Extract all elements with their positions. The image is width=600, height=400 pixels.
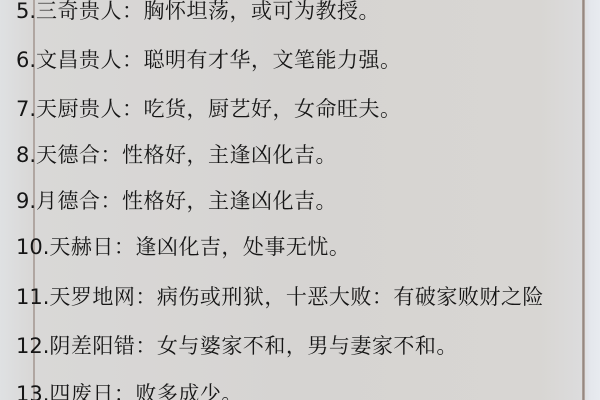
item-number: 11.	[16, 285, 49, 309]
item-number: 9.	[16, 189, 36, 213]
item-number: 10.	[16, 235, 49, 259]
item-text: 天赫日：逢凶化吉，处事无忧。	[49, 235, 350, 259]
list-item: 13.四废日：败多成少。	[16, 381, 243, 400]
item-text: 文昌贵人：聪明有才华，文笔能力强。	[36, 48, 402, 72]
item-text: 天罗地网：病伤或刑狱，十恶大败：有破家败财之险	[49, 285, 544, 309]
item-text: 阴差阳错：女与婆家不和，男与妻家不和。	[49, 334, 458, 358]
item-number: 8.	[16, 143, 36, 167]
list-item: 9.月德合：性格好，主逢凶化吉。	[16, 188, 337, 214]
item-number: 12.	[16, 334, 49, 358]
list-item: 6.文昌贵人：聪明有才华，文笔能力强。	[16, 47, 402, 73]
item-text: 天厨贵人：吃货，厨艺好，女命旺夫。	[36, 97, 402, 121]
list-item: 5.三奇贵人：胸怀坦荡，或可为教授。	[16, 0, 380, 24]
list-item: 11.天罗地网：病伤或刑狱，十恶大败：有破家败财之险	[16, 284, 544, 310]
item-text: 三奇贵人：胸怀坦荡，或可为教授。	[36, 0, 380, 23]
list-item: 12.阴差阳错：女与婆家不和，男与妻家不和。	[16, 333, 458, 359]
item-text: 天德合：性格好，主逢凶化吉。	[36, 143, 337, 167]
list-item: 8.天德合：性格好，主逢凶化吉。	[16, 142, 337, 168]
item-number: 5.	[16, 0, 36, 23]
item-number: 7.	[16, 97, 36, 121]
item-number: 13.	[16, 382, 49, 400]
item-text: 月德合：性格好，主逢凶化吉。	[36, 189, 337, 213]
list-item: 7.天厨贵人：吃货，厨艺好，女命旺夫。	[16, 96, 402, 122]
list-item: 10.天赫日：逢凶化吉，处事无忧。	[16, 234, 350, 260]
item-text: 四废日：败多成少。	[49, 382, 243, 400]
right-margin-line	[582, 0, 585, 400]
item-number: 6.	[16, 48, 36, 72]
